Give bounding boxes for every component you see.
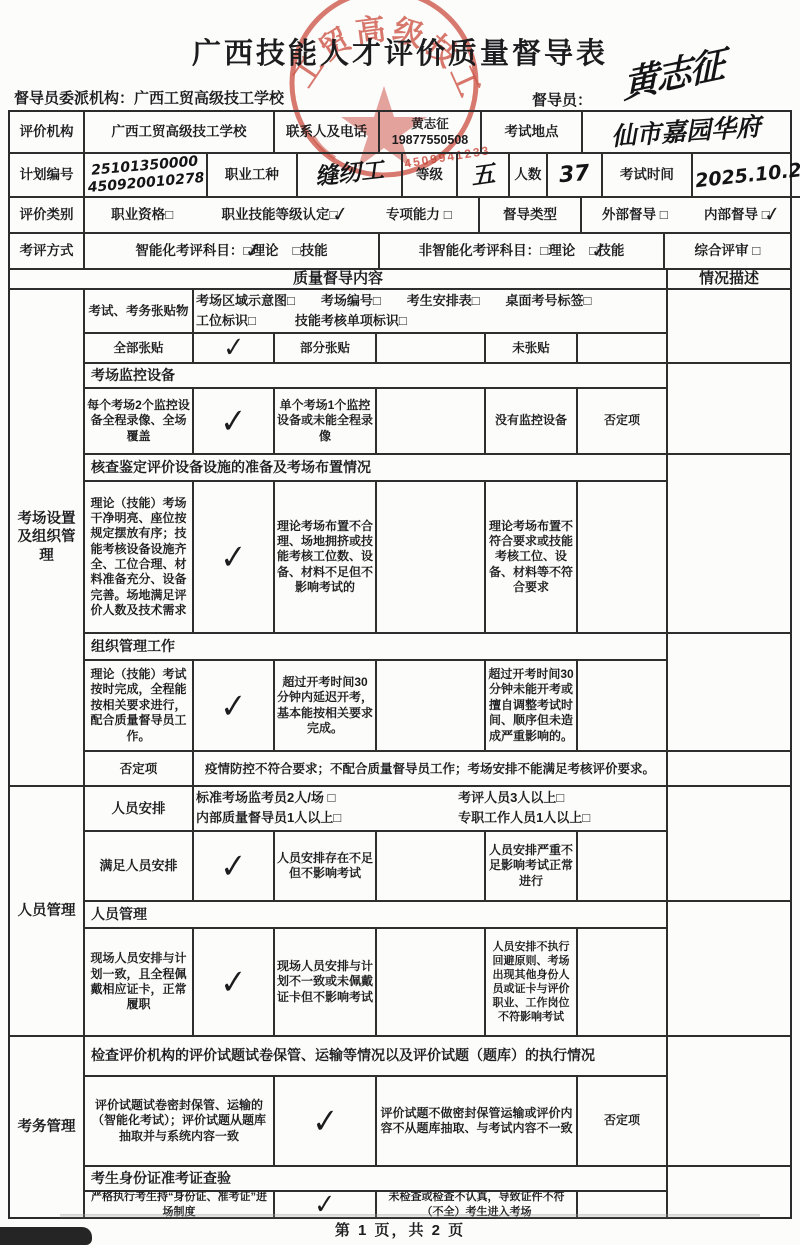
negative-text: 疫情防控不符合要求；不配合质量督导员工作；考场安排不能满足考核评价要求。 <box>194 752 668 787</box>
negative-label: 否定项 <box>85 752 194 787</box>
category-label: 评价类别 <box>10 198 85 234</box>
level-value: 五 <box>458 154 510 198</box>
section3-remarks <box>668 1037 790 1217</box>
category-venue-org: 考场设置及组织管理 <box>10 290 85 787</box>
option-special-ability: 专项能力 □ <box>386 206 452 223</box>
checkbox-icon: □ <box>444 206 452 223</box>
checkmark-icon: ✓ <box>762 204 782 226</box>
option-internal-supervision: 内部督导 □✓ <box>704 206 770 223</box>
row-evaluation-org: 评价机构 广西工贸高级技工学校 联系人及电话 黄志征 19877550508 考… <box>10 112 790 154</box>
staffing-mid-check <box>377 832 486 902</box>
monitor-header: 考场监控设备 <box>85 364 668 389</box>
papers-bad: 评价试题不做密封保管运输或评价内容不从题库抽取、与考试内容不一致 <box>377 1077 578 1167</box>
org-mid: 超过开考时间30分钟内延迟开考，基本能按相关要求完成。 <box>275 661 377 752</box>
scan-corner-artifact <box>0 1227 92 1245</box>
staffing-bad: 人员安排严重不足影响考试正常进行 <box>486 832 578 902</box>
staffing-check: ✓ <box>194 832 275 902</box>
venue-check: ✓ <box>194 482 275 634</box>
staff-mgmt-check: ✓ <box>194 929 275 1037</box>
checkbox-checked-icon: □✓ <box>243 242 251 259</box>
staff-mgmt-header: 人员管理 <box>85 902 668 929</box>
checkmark-icon: ✓ <box>220 539 248 575</box>
preamble-line: 督导员委派机构：广西工贸高级技工学校 督导员： 黄志征 <box>14 87 786 108</box>
id-check-header: 考生身份证准考证查验 <box>85 1167 668 1192</box>
contact-value: 黄志征 19877550508 <box>380 112 482 154</box>
section2-main: 人员安排 标准考场监考员2人/场 □ 考评人员3人以上□ 内部质量督导员1人以上… <box>85 787 668 1037</box>
monitor-good: 每个考场2个监控设备全程录像、全场覆盖 <box>85 389 194 455</box>
plan-label: 计划编号 <box>10 154 85 198</box>
manual-subjects: 非智能化考评科目： □理论 □✓技能 <box>380 234 665 270</box>
remark-cell <box>668 290 790 364</box>
staff-mgmt-mid-check <box>377 929 486 1037</box>
checkbox-checked-icon: □✓ <box>762 206 770 223</box>
remark-cell <box>668 1037 790 1167</box>
remark-cell <box>668 752 790 787</box>
comprehensive-review: 综合评审 □ <box>665 234 790 270</box>
assigning-org-label: 督导员委派机构： <box>14 90 134 107</box>
papers-negative: 否定项 <box>578 1077 668 1167</box>
venue-bad: 理论考场布置不符合要求或技能考核工位、设备、材料等不符合要求 <box>486 482 578 634</box>
org-mgmt-header: 组织管理工作 <box>85 634 668 661</box>
supervision-form-table: 评价机构 广西工贸高级技工学校 联系人及电话 黄志征 19877550508 考… <box>8 110 792 1219</box>
remark-cell <box>668 1167 790 1217</box>
content-header-left: 质量督导内容 <box>10 270 668 290</box>
option-external-supervision: 外部督导 □ <box>602 206 668 223</box>
staff-mgmt-mid: 现场人员安排与计划不一致或未佩戴证卡但不影响考试 <box>275 929 377 1037</box>
row-evaluation-category: 评价类别 职业资格□ 职业技能等级认定□✓ 专项能力 □ 督导类型 外部督导 □… <box>10 198 790 234</box>
venue-mid-check <box>377 482 486 634</box>
contact-name: 黄志征 <box>382 116 478 132</box>
exam-time-label: 考试时间 <box>603 154 693 198</box>
section3-main: 检查评价机构的评价试题试卷保管、运输等情况以及评价试题（题库）的执行情况 评价试… <box>85 1037 668 1217</box>
checkmark-icon: ✓ <box>220 848 248 884</box>
checkmark-icon: ✓ <box>220 964 248 1000</box>
checkmark-icon: ✓ <box>330 204 350 226</box>
org-value: 广西工贸高级技工学校 <box>85 112 275 154</box>
checkmark-icon: ✓ <box>244 240 264 262</box>
supervision-type-label: 督导类型 <box>480 198 582 234</box>
checkbox-checked-icon: □✓ <box>589 242 597 259</box>
checkmark-icon: ✓ <box>220 403 248 439</box>
location-value: 仙市嘉园华府 <box>583 112 790 154</box>
remark-cell <box>668 455 790 634</box>
checkmark-icon: ✓ <box>222 334 244 363</box>
checkmark-icon: ✓ <box>220 688 248 724</box>
section1-remarks <box>668 290 790 787</box>
scanned-form-page: 工贸高级技工学校 4509941233 广西技能人才评价质量督导表 督导员委派机… <box>0 0 800 1245</box>
venue-good: 理论（技能）考场干净明亮、座位按规定摆放有序；技能考核设备设施齐全、工位合理、材… <box>85 482 194 634</box>
occupation-label: 职业工种 <box>208 154 298 198</box>
checkbox-icon: □ <box>660 206 668 223</box>
count-label: 人数 <box>510 154 548 198</box>
org-mid-check <box>377 661 486 752</box>
remark-header: 情况描述 <box>668 270 790 290</box>
staffing-good: 满足人员安排 <box>85 832 194 902</box>
category-options: 职业资格□ 职业技能等级认定□✓ 专项能力 □ <box>85 198 480 234</box>
section1-main: 考试、考务张贴物 考场区域示意图□ 考场编号□ 考生安排表□ 桌面考号标签□ 工… <box>85 290 668 787</box>
checkbox-icon: □ <box>165 206 173 223</box>
supervision-type-options: 外部督导 □ 内部督导 □✓ <box>582 198 790 234</box>
level-label: 等级 <box>403 154 458 198</box>
papers-good: 评价试题试卷密封保管、运输的（智能化考试）；评价试题从题库抽取并与系统内容一致 <box>85 1077 275 1167</box>
contact-label: 联系人及电话 <box>275 112 380 154</box>
section2-remarks <box>668 787 790 1037</box>
assigning-org-value: 广西工贸高级技工学校 <box>134 90 284 107</box>
org-check: ✓ <box>194 661 275 752</box>
monitor-check: ✓ <box>194 389 275 455</box>
paste-none-label: 未张贴 <box>486 334 578 364</box>
paste-items-options: 考场区域示意图□ 考场编号□ 考生安排表□ 桌面考号标签□ 工位标识□ 技能考核… <box>194 290 668 334</box>
row-assessment-method: 考评方式 智能化考评科目： □✓理论 □技能 非智能化考评科目： □理论 □✓技… <box>10 234 790 270</box>
scan-shadow-artifact <box>60 1214 760 1219</box>
monitor-bad: 没有监控设备 <box>486 389 578 455</box>
staffing-label: 人员安排 <box>85 787 194 832</box>
location-label: 考试地点 <box>482 112 583 154</box>
org-bad-check <box>578 661 668 752</box>
remark-cell <box>668 902 790 1037</box>
staff-mgmt-bad: 人员安排不执行回避原则、考场出现其他身份人员或证卡与评价职业、工作岗位不符影响考… <box>486 929 578 1037</box>
row-content-header: 质量督导内容 情况描述 <box>10 270 790 290</box>
staff-mgmt-bad-check <box>578 929 668 1037</box>
row-plan-number: 计划编号 25101350000 450920010278 职业工种 缝纫工 等… <box>10 154 790 198</box>
org-good: 理论（技能）考试按时完成，全程能按相关要求进行，配合质量督导员工作。 <box>85 661 194 752</box>
checkbox-icon: □ <box>540 242 548 259</box>
monitor-mid-check <box>377 389 486 455</box>
count-value: 37 <box>548 154 603 198</box>
exam-time-value: 2025.10.24 <box>693 154 800 198</box>
section-venue-and-organization: 考场设置及组织管理 考试、考务张贴物 考场区域示意图□ 考场编号□ 考生安排表□… <box>10 290 790 787</box>
contact-phone: 19877550508 <box>382 132 478 148</box>
papers-header: 检查评价机构的评价试题试卷保管、运输等情况以及评价试题（题库）的执行情况 <box>85 1037 668 1077</box>
org-label: 评价机构 <box>10 112 85 154</box>
paste-all-check: ✓ <box>194 334 275 364</box>
venue-header: 核查鉴定评价设备设施的准备及考场布置情况 <box>85 455 668 482</box>
staffing-options: 标准考场监考员2人/场 □ 考评人员3人以上□ 内部质量督导员1人以上□ 专职工… <box>194 787 668 832</box>
org-bad: 超过开考时间30分钟未能开考或擅自调整考试时间、顺序但未造成严重影响的。 <box>486 661 578 752</box>
category-exam-affairs: 考务管理 <box>10 1037 85 1217</box>
paste-partial-check <box>377 334 486 364</box>
supervisor-label: 督导员： <box>532 89 592 110</box>
occupation-value: 缝纫工 <box>298 154 403 198</box>
venue-mid: 理论考场布置不合理、场地拥挤或技能考核工位数、设备、材料不足但不影响考试的 <box>275 482 377 634</box>
remark-cell <box>668 787 790 902</box>
staffing-mid: 人员安排存在不足但不影响考试 <box>275 832 377 902</box>
option-vocational-qualification: 职业资格□ <box>111 206 173 223</box>
checkbox-icon: □ <box>293 242 301 259</box>
plan-value: 25101350000 450920010278 <box>85 154 208 198</box>
category-personnel: 人员管理 <box>10 787 85 1037</box>
checkbox-icon: □ <box>752 242 760 259</box>
section-personnel: 人员管理 人员安排 标准考场监考员2人/场 □ 考评人员3人以上□ 内部质量督导… <box>10 787 790 1037</box>
staff-mgmt-good: 现场人员安排与计划一致，且全程佩戴相应证卡，正常履职 <box>85 929 194 1037</box>
smart-subjects: 智能化考评科目： □✓理论 □技能 <box>85 234 380 270</box>
checkbox-checked-icon: □✓ <box>330 206 338 223</box>
checkmark-icon: ✓ <box>311 1103 339 1139</box>
monitor-negative: 否定项 <box>578 389 668 455</box>
papers-check: ✓ <box>275 1077 377 1167</box>
venue-bad-check <box>578 482 668 634</box>
staffing-bad-check <box>578 832 668 902</box>
option-skill-level-recognition: 职业技能等级认定□✓ <box>222 206 338 223</box>
remark-cell <box>668 634 790 752</box>
method-label: 考评方式 <box>10 234 85 270</box>
paste-partial-label: 部分张贴 <box>275 334 377 364</box>
page-number: 第 1 页，共 2 页 <box>0 1219 800 1240</box>
paste-all-label: 全部张贴 <box>85 334 194 364</box>
section-exam-affairs: 考务管理 检查评价机构的评价试题试卷保管、运输等情况以及评价试题（题库）的执行情… <box>10 1037 790 1217</box>
monitor-mid: 单个考场1个监控设备或未能全程录像 <box>275 389 377 455</box>
paste-items-label: 考试、考务张贴物 <box>85 290 194 334</box>
remark-cell <box>668 364 790 455</box>
paste-none-check <box>578 334 668 364</box>
checkmark-icon: ✓ <box>590 240 610 262</box>
